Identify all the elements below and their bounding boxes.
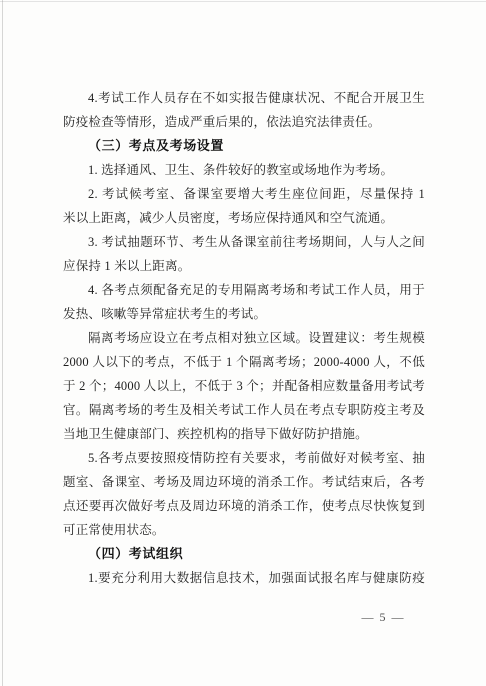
document-line: 隔离考场应设立在考点相对独立区域。设置建议：考生规模 — [63, 326, 425, 350]
document-line: 发热、咳嗽等异常症状考生的考试。 — [63, 302, 425, 326]
document-line: 3. 考试抽题环节、考生从备课室前往考场期间，人与人之间 — [63, 230, 425, 254]
section-heading: （四）考试组织 — [63, 542, 425, 566]
document-line: 2000 人以下的考点，不低于 1 个隔离考场；2000-4000 人，不低 — [63, 350, 425, 374]
document-line: 5.各考点要按照疫情防控有关要求，考前做好对候考室、抽 — [63, 446, 425, 470]
document-line: 可正常使用状态。 — [63, 518, 425, 542]
document-line: 1.要充分利用大数据信息技术，加强面试报名库与健康防疫 — [63, 566, 425, 590]
page-number: — 5 — — [63, 607, 405, 627]
document-line: 题室、备课室、考场及周边环境的消杀工作。考试结束后，各考 — [63, 470, 425, 494]
document-line: 米以上距离，减少人员密度，考场应保持通风和空气流通。 — [63, 206, 425, 230]
document-line: 1. 选择通风、卫生、条件较好的教室或场地作为考场。 — [63, 158, 425, 182]
document-line: 官。隔离考场的考生及相关考试工作人员在考点专职防疫主考及 — [63, 398, 425, 422]
scan-artifact-left-edge — [2, 0, 3, 686]
document-body: 4.考试工作人员存在不如实报告健康状况、不配合开展卫生防疫检查等情形，造成严重后… — [63, 86, 425, 590]
document-line: 防疫检查等情形，造成严重后果的，依法追究法律责任。 — [63, 110, 425, 134]
document-line: 4.考试工作人员存在不如实报告健康状况、不配合开展卫生 — [63, 86, 425, 110]
section-heading: （三）考点及考场设置 — [63, 134, 425, 158]
document-line: 当地卫生健康部门、疾控机构的指导下做好防护措施。 — [63, 422, 425, 446]
document-page: 4.考试工作人员存在不如实报告健康状况、不配合开展卫生防疫检查等情形，造成严重后… — [0, 0, 486, 686]
document-line: 应保持 1 米以上距离。 — [63, 254, 425, 278]
document-line: 点还要再次做好考点及周边环境的消杀工作，使考点尽快恢复到 — [63, 494, 425, 518]
scan-artifact-top-edge — [0, 1, 486, 2]
document-line: 4. 各考点须配备充足的专用隔离考场和考试工作人员，用于 — [63, 278, 425, 302]
document-line: 于 2 个；4000 人以上，不低于 3 个；并配备相应数量备用考试考 — [63, 374, 425, 398]
document-line: 2. 考试候考室、备课室要增大考生座位间距，尽量保持 1 — [63, 182, 425, 206]
